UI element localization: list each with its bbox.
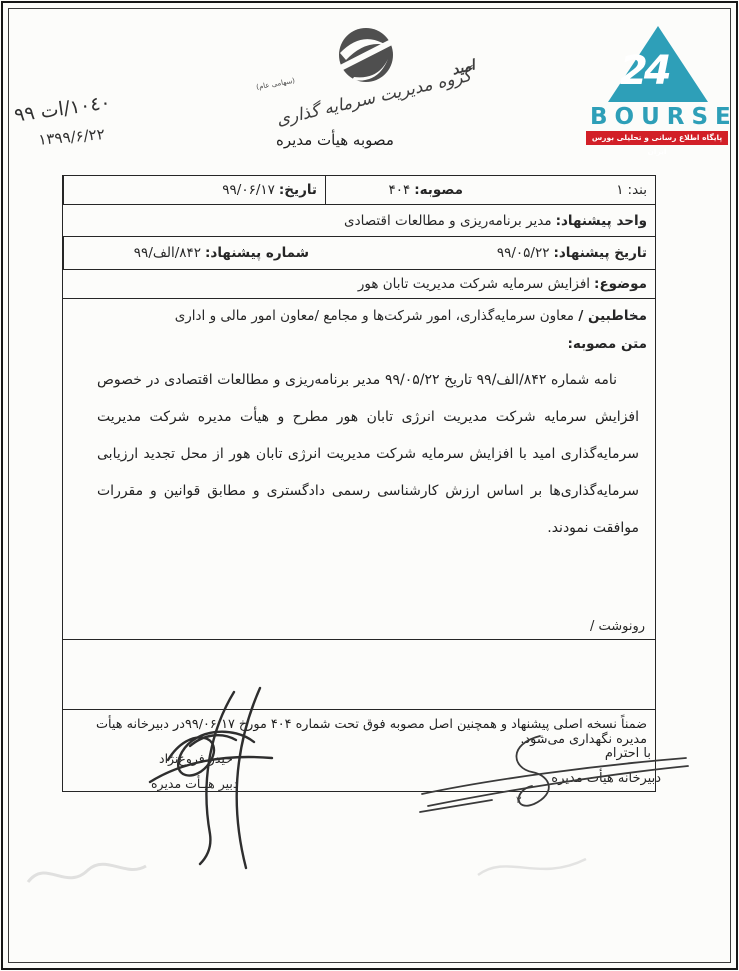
- band-value: ۱: [616, 182, 623, 198]
- resolution-text-label: متن مصوبه:: [63, 324, 655, 352]
- handwritten-date: ۱۳۹۹/۶/۲۲: [13, 125, 105, 151]
- cell-resolution-no: مصوبه: ۴۰۴: [325, 176, 471, 204]
- cell-resolution-date: تاریخ: ۹۹/۰۶/۱۷: [63, 176, 325, 204]
- bourse24-number: 24: [620, 48, 668, 94]
- bourse24-logo: 24 BOURSE پایگاه اطلاع رسانی و تحلیلی بو…: [586, 22, 728, 145]
- proposal-date-value: ۹۹/۰۵/۲۲: [497, 245, 550, 261]
- audience-line: مخاطبین / معاون سرمایه‌گذاری، امور شرکت‌…: [63, 299, 655, 324]
- proposal-number-value: ۸۴۲/الف/۹۹: [134, 245, 201, 261]
- subject-value: افزایش سرمایه شرکت مدیریت تابان هور: [358, 276, 590, 292]
- resolution-date-value: ۹۹/۰۶/۱۷: [222, 182, 275, 198]
- table-row-resolution-body: مخاطبین / معاون سرمایه‌گذاری، امور شرکت‌…: [63, 299, 655, 640]
- signer-name: حیدر فروغ‌نژاد: [159, 751, 233, 766]
- table-row-subject: موضوع: افزایش سرمایه شرکت مدیریت تابان ه…: [63, 270, 655, 299]
- proposing-unit-value: مدیر برنامه‌ریزی و مطالعات اقتصادی: [344, 213, 552, 229]
- proposal-number-label: شماره پیشنهاد:: [205, 245, 309, 261]
- copy-to-label: رونوشت /: [63, 619, 655, 639]
- archive-note: ضمناً نسخه اصلی پیشنهاد و همچنین اصل مصو…: [63, 710, 655, 747]
- secretariat-label: دبیرخانه هیأت مدیره: [551, 771, 661, 786]
- cell-proposal-number: شماره پیشنهاد: ۸۴۲/الف/۹۹: [63, 237, 317, 269]
- band-label: بند:: [628, 182, 647, 198]
- bourse-wordmark: BOURSE: [586, 106, 728, 128]
- table-row-footer: ضمناً نسخه اصلی پیشنهاد و همچنین اصل مصو…: [63, 710, 655, 791]
- table-row-proposing-unit: واحد پیشنهاد: مدیر برنامه‌ریزی و مطالعات…: [63, 205, 655, 237]
- audience-value: معاون سرمایه‌گذاری، امور شرکت‌ها و مجامع…: [175, 308, 574, 324]
- omid-group-logo-icon: [334, 26, 398, 86]
- table-row-band: بند:۱ مصوبه: ۴۰۴ تاریخ: ۹۹/۰۶/۱۷: [63, 176, 655, 205]
- omid-brand-subtitle: (سهامی عام): [256, 77, 296, 92]
- pencil-mark: [468, 845, 598, 895]
- scanned-resolution-document: ۱۰٤۰/ات ۹۹ ۱۳۹۹/۶/۲۲ گروه مدیریت سرمایه …: [0, 0, 739, 971]
- proposal-date-label: تاریخ پیشنهاد:: [553, 245, 647, 261]
- cell-subject: موضوع: افزایش سرمایه شرکت مدیریت تابان ه…: [350, 270, 655, 298]
- resolution-table: بند:۱ مصوبه: ۴۰۴ تاریخ: ۹۹/۰۶/۱۷ واحد پی…: [62, 175, 656, 792]
- cell-band: بند:۱: [471, 176, 655, 204]
- pencil-mark: [22, 848, 152, 908]
- table-row-empty: [63, 640, 655, 710]
- signature-number-mark: ۳: [516, 795, 521, 806]
- audience-label: مخاطبین /: [578, 308, 647, 324]
- resolution-label: مصوبه:: [414, 182, 463, 198]
- cell-proposing-unit: واحد پیشنهاد: مدیر برنامه‌ریزی و مطالعات…: [336, 205, 655, 236]
- bourse-tagline: پایگاه اطلاع رسانی و تحلیلی بورس ایران: [586, 131, 728, 145]
- signer-title: دبیر هیـأت مدیره: [151, 776, 238, 791]
- resolution-date-label: تاریخ:: [279, 182, 317, 198]
- resolution-text-paragraph: نامه شماره ۸۴۲/الف/۹۹ تاریخ ۹۹/۰۵/۲۲ مدی…: [97, 362, 639, 547]
- document-title: مصوبه هیأت مدیره: [245, 131, 425, 149]
- resolution-value: ۴۰۴: [388, 182, 410, 198]
- table-row-proposal-refs: تاریخ پیشنهاد: ۹۹/۰۵/۲۲ شماره پیشنهاد: ۸…: [63, 237, 655, 270]
- subject-label: موضوع:: [594, 276, 647, 292]
- regards-label: با احترام: [605, 746, 651, 761]
- proposing-unit-label: واحد پیشنهاد:: [556, 213, 647, 229]
- handwritten-number: ۱۰٤۰/ات ۹۹: [13, 91, 112, 126]
- handwritten-registry-note: ۱۰٤۰/ات ۹۹ ۱۳۹۹/۶/۲۲: [14, 98, 111, 147]
- cell-proposal-date: تاریخ پیشنهاد: ۹۹/۰۵/۲۲: [317, 237, 655, 269]
